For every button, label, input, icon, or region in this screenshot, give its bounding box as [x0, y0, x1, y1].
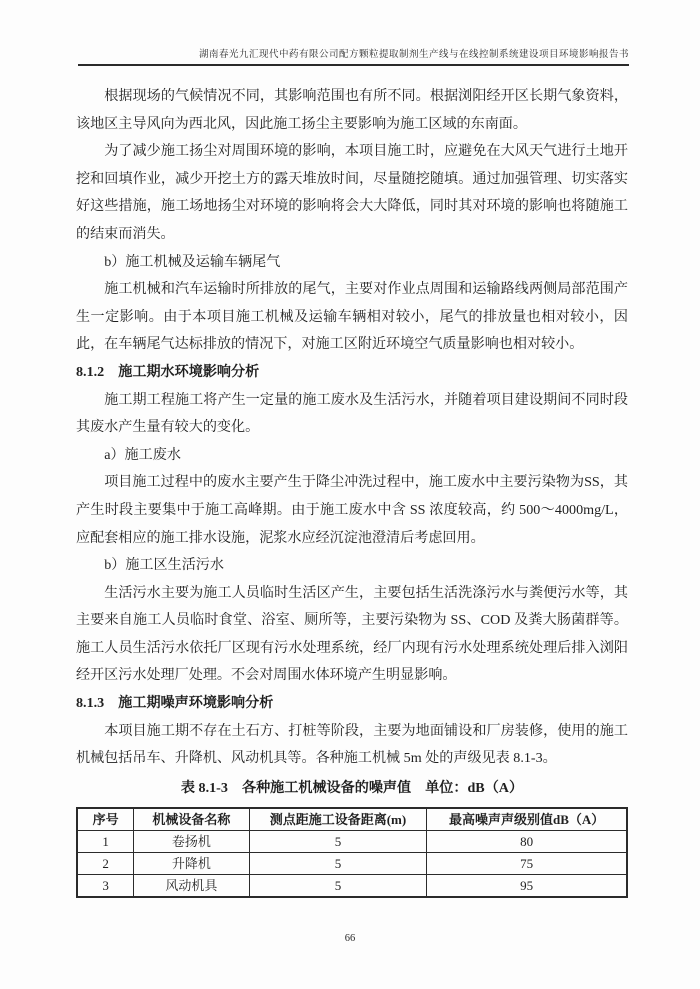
section-heading-8-1-3: 8.1.3 施工期噪声环境影响分析 [76, 690, 628, 718]
cell-equipment-name: 卷扬机 [134, 831, 250, 853]
paragraph-domestic-sewage: 生活污水主要为施工人员临时生活区产生，主要包括生活洗涤污水与粪便污水等，其主要来… [76, 580, 628, 690]
page-header: 湖南春光九汇现代中药有限公司配方颗粒提取制剂生产线与在线控制系统建设项目环境影响… [78, 0, 629, 66]
cell-index: 3 [77, 875, 134, 898]
table-caption: 表 8.1-3 各种施工机械设备的噪声值 单位：dB（A） [76, 775, 628, 803]
paragraph-noise-intro: 本项目施工期不存在土石方、打桩等阶段，主要为地面铺设和厂房装修，使用的施工机械包… [76, 718, 628, 773]
column-header-equipment-name: 机械设备名称 [134, 808, 250, 831]
table-row: 2 升降机 5 75 [77, 853, 627, 875]
noise-level-table: 序号 机械设备名称 测点距施工设备距离(m) 最高噪声声级别值dB（A） 1 卷… [76, 807, 628, 898]
table-row: 1 卷扬机 5 80 [77, 831, 627, 853]
report-title: 湖南春光九汇现代中药有限公司配方颗粒提取制剂生产线与在线控制系统建设项目环境影响… [78, 46, 629, 64]
cell-distance: 5 [249, 853, 427, 875]
cell-max-noise: 95 [427, 875, 627, 898]
cell-max-noise: 75 [427, 853, 627, 875]
cell-equipment-name: 升降机 [134, 853, 250, 875]
cell-distance: 5 [249, 875, 427, 898]
column-header-index: 序号 [77, 808, 134, 831]
paragraph-dust-mitigation: 为了减少施工扬尘对周围环境的影响，本项目施工时，应避免在大风天气进行土地开挖和回… [76, 138, 628, 248]
subitem-a-construction-wastewater: a）施工废水 [76, 442, 628, 470]
document-page: 湖南春光九汇现代中药有限公司配方颗粒提取制剂生产线与在线控制系统建设项目环境影响… [0, 0, 700, 989]
paragraph-dust-climate: 根据现场的气候情况不同，其影响范围也有所不同。根据浏阳经开区长期气象资料，该地区… [76, 83, 628, 138]
subitem-b-domestic-sewage: b）施工区生活污水 [76, 552, 628, 580]
section-heading-8-1-2: 8.1.2 施工期水环境影响分析 [76, 359, 628, 387]
page-number: 66 [0, 933, 700, 944]
document-body: 根据现场的气候情况不同，其影响范围也有所不同。根据浏阳经开区长期气象资料，该地区… [76, 83, 628, 898]
subitem-b-exhaust: b）施工机械及运输车辆尾气 [76, 249, 628, 277]
header-rule [78, 64, 629, 66]
column-header-max-noise: 最高噪声声级别值dB（A） [427, 808, 627, 831]
paragraph-exhaust-impact: 施工机械和汽车运输时所排放的尾气，主要对作业点周围和运输路线两侧局部范围产生一定… [76, 276, 628, 359]
table-header-row: 序号 机械设备名称 测点距施工设备距离(m) 最高噪声声级别值dB（A） [77, 808, 627, 831]
cell-index: 1 [77, 831, 134, 853]
paragraph-water-intro: 施工期工程施工将产生一定量的施工废水及生活污水，并随着项目建设期间不同时段其废水… [76, 387, 628, 442]
cell-index: 2 [77, 853, 134, 875]
cell-distance: 5 [249, 831, 427, 853]
table-row: 3 风动机具 5 95 [77, 875, 627, 898]
paragraph-construction-wastewater: 项目施工过程中的废水主要产生于降尘冲洗过程中，施工废水中主要污染物为SS，其产生… [76, 469, 628, 552]
cell-equipment-name: 风动机具 [134, 875, 250, 898]
cell-max-noise: 80 [427, 831, 627, 853]
column-header-distance: 测点距施工设备距离(m) [249, 808, 427, 831]
